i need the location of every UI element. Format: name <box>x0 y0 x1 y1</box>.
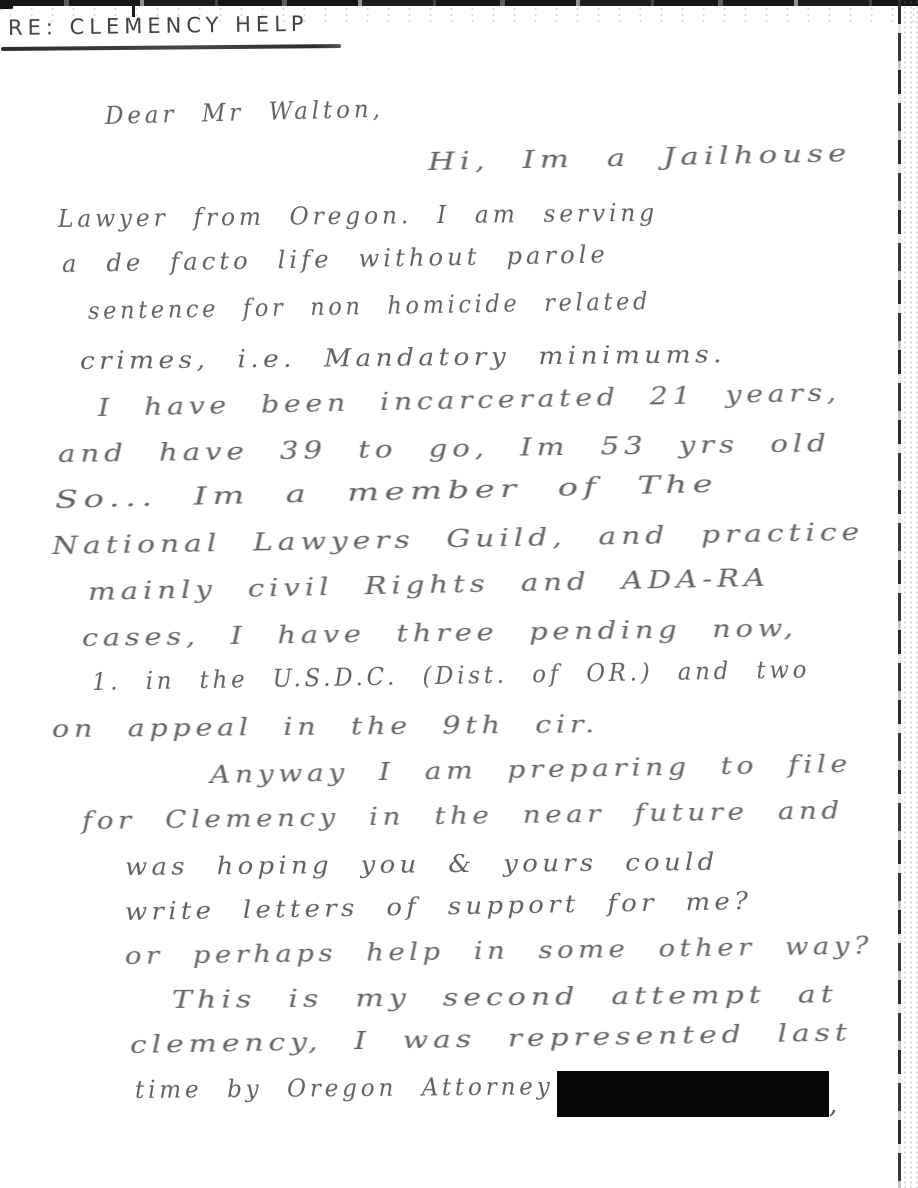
handwritten-line: mainly civil Rights and ADA-RA <box>88 566 770 604</box>
handwritten-line: I have been incarcerated 21 years, <box>98 380 841 420</box>
handwritten-line: a de facto life without parole <box>62 242 609 276</box>
redaction-box <box>557 1071 829 1117</box>
subject-underline <box>1 44 341 51</box>
handwritten-line: National Lawyers Guild, and practice <box>52 520 865 558</box>
handwritten-line: and have 39 to go, Im 53 yrs old <box>58 431 831 466</box>
scan-edge-artifact-right <box>897 0 918 1188</box>
handwritten-line: write letters of support for me? <box>125 889 753 924</box>
handwritten-line: crimes, i.e. Mandatory minimums. <box>80 342 726 373</box>
handwritten-line: cases, I have three pending now, <box>82 616 798 650</box>
handwritten-line: was hoping you & yours could <box>125 850 719 879</box>
handwritten-line: time by Oregon Attorney <box>135 1074 554 1102</box>
handwritten-line: for Clemency in the near future and <box>82 798 844 833</box>
scanned-letter-page: RE: CLEMENCY HELP Dear Mr Walton, Hi, Im… <box>0 0 918 1188</box>
handwritten-line: on appeal in the 9th cir. <box>52 712 599 741</box>
handwritten-line: Hi, Im a Jailhouse <box>428 141 852 174</box>
handwritten-comma: , <box>829 1090 837 1120</box>
handwritten-line: Lawyer from Oregon. I am serving <box>58 201 658 231</box>
handwritten-line: This is my second attempt at <box>172 982 838 1012</box>
salutation: Dear Mr Walton, <box>105 97 384 128</box>
handwritten-line: So... Im a member of The <box>55 472 719 512</box>
handwritten-line: clemency, I was represented last <box>130 1020 852 1057</box>
scan-speckle-noise <box>902 0 918 1188</box>
subject-line: RE: CLEMENCY HELP <box>8 12 309 40</box>
handwritten-line: sentence for non homicide related <box>88 289 651 323</box>
scan-corner-mark <box>0 2 13 9</box>
handwritten-line: Anyway I am preparing to file <box>210 752 852 787</box>
handwritten-line: or perhaps help in some other way? <box>125 934 873 968</box>
handwritten-line: 1. in the U.S.D.C. (Dist. of OR.) and tw… <box>92 657 811 694</box>
scan-dashed-line <box>898 0 901 1188</box>
